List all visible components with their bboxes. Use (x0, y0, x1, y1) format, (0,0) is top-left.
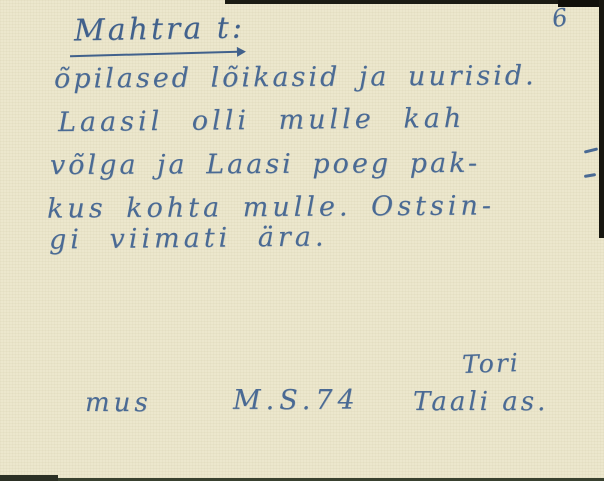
scan-edge-bottom-left-corner (0, 475, 58, 481)
page-number: 6 (550, 3, 569, 33)
handwritten-archive-card: 6 Mahtra t: õpilased lõikasid ja uurisid… (0, 0, 604, 481)
ink-stroke-mark (584, 173, 596, 178)
body-line: õpilased lõikasid ja uurisid. (54, 60, 537, 94)
body-line: kus kohta mulle. Ostsin- (47, 190, 495, 224)
body-line: gi viimati ära. (49, 222, 328, 256)
body-line: võlga ja Laasi poeg pak- (50, 148, 480, 181)
ink-stroke-mark (584, 147, 598, 153)
footer-settlement: Taali as. (413, 387, 548, 417)
card-title: Mahtra t: (74, 11, 245, 49)
scan-edge-top (225, 0, 604, 4)
footer-genre-code: mus (85, 388, 152, 418)
title-underline-arrow (70, 51, 238, 57)
footer-parish: Tori (462, 348, 521, 379)
body-line: Laasil olli mulle kah (58, 103, 466, 138)
footer-collector-date: M.S.74 (233, 385, 360, 416)
scan-edge-right (599, 0, 604, 238)
